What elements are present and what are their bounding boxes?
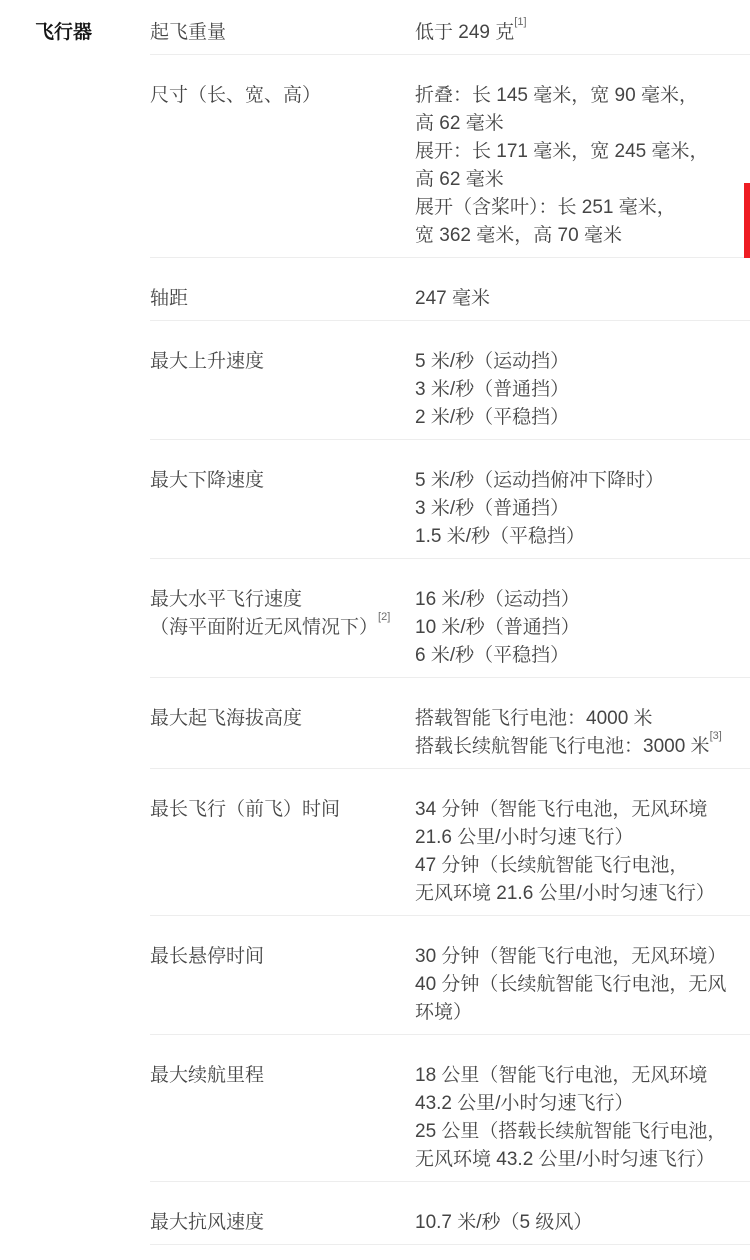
spec-category	[0, 916, 150, 1035]
label-line: 最大下降速度	[150, 467, 415, 495]
value-line: 展开：长 171 毫米，宽 245 毫米，	[415, 138, 750, 166]
footnote-marker: [1]	[514, 16, 526, 28]
spec-value: 折叠：长 145 毫米，宽 90 毫米，高 62 毫米展开：长 171 毫米，宽…	[415, 82, 750, 250]
spec-row: 最长悬停时间 30 分钟（智能飞行电池，无风环境）40 分钟（长续航智能飞行电池…	[0, 916, 750, 1035]
spec-category	[0, 769, 150, 916]
spec-value: 30 分钟（智能飞行电池，无风环境）40 分钟（长续航智能飞行电池，无风环境）	[415, 943, 750, 1027]
value-line: 30 分钟（智能飞行电池，无风环境）	[415, 943, 750, 971]
value-line: 21.6 公里/小时匀速飞行）	[415, 824, 750, 852]
spec-category	[0, 55, 150, 258]
value-line: 34 分钟（智能飞行电池，无风环境	[415, 796, 750, 824]
spec-label: 尺寸（长、宽、高）	[150, 82, 415, 250]
spec-row: 最大续航里程 18 公里（智能飞行电池，无风环境43.2 公里/小时匀速飞行）2…	[0, 1035, 750, 1182]
spec-row: 最大抗风速度 10.7 米/秒（5 级风）	[0, 1182, 750, 1245]
spec-value: 16 米/秒（运动挡）10 米/秒（普通挡）6 米/秒（平稳挡）	[415, 586, 750, 670]
value-line: 247 毫米	[415, 285, 750, 313]
value-line: 40 分钟（长续航智能飞行电池，无风	[415, 971, 750, 999]
spec-category	[0, 1035, 150, 1182]
spec-row: 最大水平飞行速度（海平面附近无风情况下）[2] 16 米/秒（运动挡）10 米/…	[0, 559, 750, 678]
label-line: 最大续航里程	[150, 1062, 415, 1090]
spec-value: 34 分钟（智能飞行电池，无风环境21.6 公里/小时匀速飞行）47 分钟（长续…	[415, 796, 750, 908]
value-line: 10.7 米/秒（5 级风）	[415, 1209, 750, 1237]
value-line: 无风环境 21.6 公里/小时匀速飞行）	[415, 880, 750, 908]
value-line: 搭载智能飞行电池：4000 米	[415, 705, 750, 733]
spec-category: 飞行器	[0, 0, 150, 55]
spec-page: 飞行器 起飞重量 低于 249 克[1] 尺寸（长、宽、高） 折叠：长 145 …	[0, 0, 750, 1260]
spec-category	[0, 678, 150, 769]
value-line: 25 公里（搭载长续航智能飞行电池，	[415, 1118, 750, 1146]
spec-row: 轴距 247 毫米	[0, 258, 750, 321]
spec-row: 最大上升速度 5 米/秒（运动挡）3 米/秒（普通挡）2 米/秒（平稳挡）	[0, 321, 750, 440]
label-line: 最大水平飞行速度	[150, 586, 415, 614]
spec-value: 搭载智能飞行电池：4000 米搭载长续航智能飞行电池：3000 米[3]	[415, 705, 750, 761]
spec-value: 5 米/秒（运动挡俯冲下降时）3 米/秒（普通挡）1.5 米/秒（平稳挡）	[415, 467, 750, 551]
value-line: 高 62 毫米	[415, 110, 750, 138]
value-line: 6 米/秒（平稳挡）	[415, 642, 750, 670]
label-line: 最大起飞海拔高度	[150, 705, 415, 733]
label-line: （海平面附近无风情况下）[2]	[150, 614, 415, 642]
spec-value: 低于 249 克[1]	[415, 19, 750, 47]
spec-value: 10.7 米/秒（5 级风）	[415, 1209, 750, 1237]
value-line: 搭载长续航智能飞行电池：3000 米[3]	[415, 733, 750, 761]
spec-label: 最大抗风速度	[150, 1209, 415, 1237]
value-line: 折叠：长 145 毫米，宽 90 毫米，	[415, 82, 750, 110]
spec-category	[0, 559, 150, 678]
spec-label: 最大续航里程	[150, 1062, 415, 1174]
spec-category	[0, 1182, 150, 1245]
spec-category	[0, 258, 150, 321]
spec-label: 最长悬停时间	[150, 943, 415, 1027]
value-line: 2 米/秒（平稳挡）	[415, 404, 750, 432]
spec-row: 尺寸（长、宽、高） 折叠：长 145 毫米，宽 90 毫米，高 62 毫米展开：…	[0, 55, 750, 258]
label-line: 轴距	[150, 285, 415, 313]
spec-category	[0, 440, 150, 559]
spec-table: 飞行器 起飞重量 低于 249 克[1] 尺寸（长、宽、高） 折叠：长 145 …	[0, 0, 750, 1245]
spec-label: 起飞重量	[150, 19, 415, 47]
spec-label: 最大下降速度	[150, 467, 415, 551]
spec-label: 最大起飞海拔高度	[150, 705, 415, 761]
spec-label: 最大水平飞行速度（海平面附近无风情况下）[2]	[150, 586, 415, 670]
label-line: 起飞重量	[150, 19, 415, 47]
label-line: 最大上升速度	[150, 348, 415, 376]
value-line: 1.5 米/秒（平稳挡）	[415, 523, 750, 551]
value-line: 低于 249 克[1]	[415, 19, 750, 47]
label-line: 尺寸（长、宽、高）	[150, 82, 415, 110]
spec-row: 最大起飞海拔高度 搭载智能飞行电池：4000 米搭载长续航智能飞行电池：3000…	[0, 678, 750, 769]
spec-label: 最大上升速度	[150, 348, 415, 432]
value-line: 展开（含桨叶）：长 251 毫米，	[415, 194, 750, 222]
spec-row: 最长飞行（前飞）时间 34 分钟（智能飞行电池，无风环境21.6 公里/小时匀速…	[0, 769, 750, 916]
label-line: 最长飞行（前飞）时间	[150, 796, 415, 824]
spec-row: 最大下降速度 5 米/秒（运动挡俯冲下降时）3 米/秒（普通挡）1.5 米/秒（…	[0, 440, 750, 559]
footnote-marker: [2]	[378, 611, 390, 623]
value-line: 无风环境 43.2 公里/小时匀速飞行）	[415, 1146, 750, 1174]
scrollbar-thumb[interactable]	[744, 183, 750, 258]
value-line: 16 米/秒（运动挡）	[415, 586, 750, 614]
label-line: 最长悬停时间	[150, 943, 415, 971]
value-line: 3 米/秒（普通挡）	[415, 495, 750, 523]
value-line: 43.2 公里/小时匀速飞行）	[415, 1090, 750, 1118]
value-line: 47 分钟（长续航智能飞行电池，	[415, 852, 750, 880]
label-line: 最大抗风速度	[150, 1209, 415, 1237]
value-line: 18 公里（智能飞行电池，无风环境	[415, 1062, 750, 1090]
spec-value: 247 毫米	[415, 285, 750, 313]
spec-row: 飞行器 起飞重量 低于 249 克[1]	[0, 0, 750, 55]
spec-value: 18 公里（智能飞行电池，无风环境43.2 公里/小时匀速飞行）25 公里（搭载…	[415, 1062, 750, 1174]
spec-category	[0, 321, 150, 440]
value-line: 3 米/秒（普通挡）	[415, 376, 750, 404]
value-line: 5 米/秒（运动挡）	[415, 348, 750, 376]
spec-value: 5 米/秒（运动挡）3 米/秒（普通挡）2 米/秒（平稳挡）	[415, 348, 750, 432]
spec-label: 最长飞行（前飞）时间	[150, 796, 415, 908]
footnote-marker: [3]	[710, 730, 722, 742]
value-line: 10 米/秒（普通挡）	[415, 614, 750, 642]
value-line: 高 62 毫米	[415, 166, 750, 194]
value-line: 5 米/秒（运动挡俯冲下降时）	[415, 467, 750, 495]
value-line: 环境）	[415, 999, 750, 1027]
value-line: 宽 362 毫米，高 70 毫米	[415, 222, 750, 250]
spec-label: 轴距	[150, 285, 415, 313]
